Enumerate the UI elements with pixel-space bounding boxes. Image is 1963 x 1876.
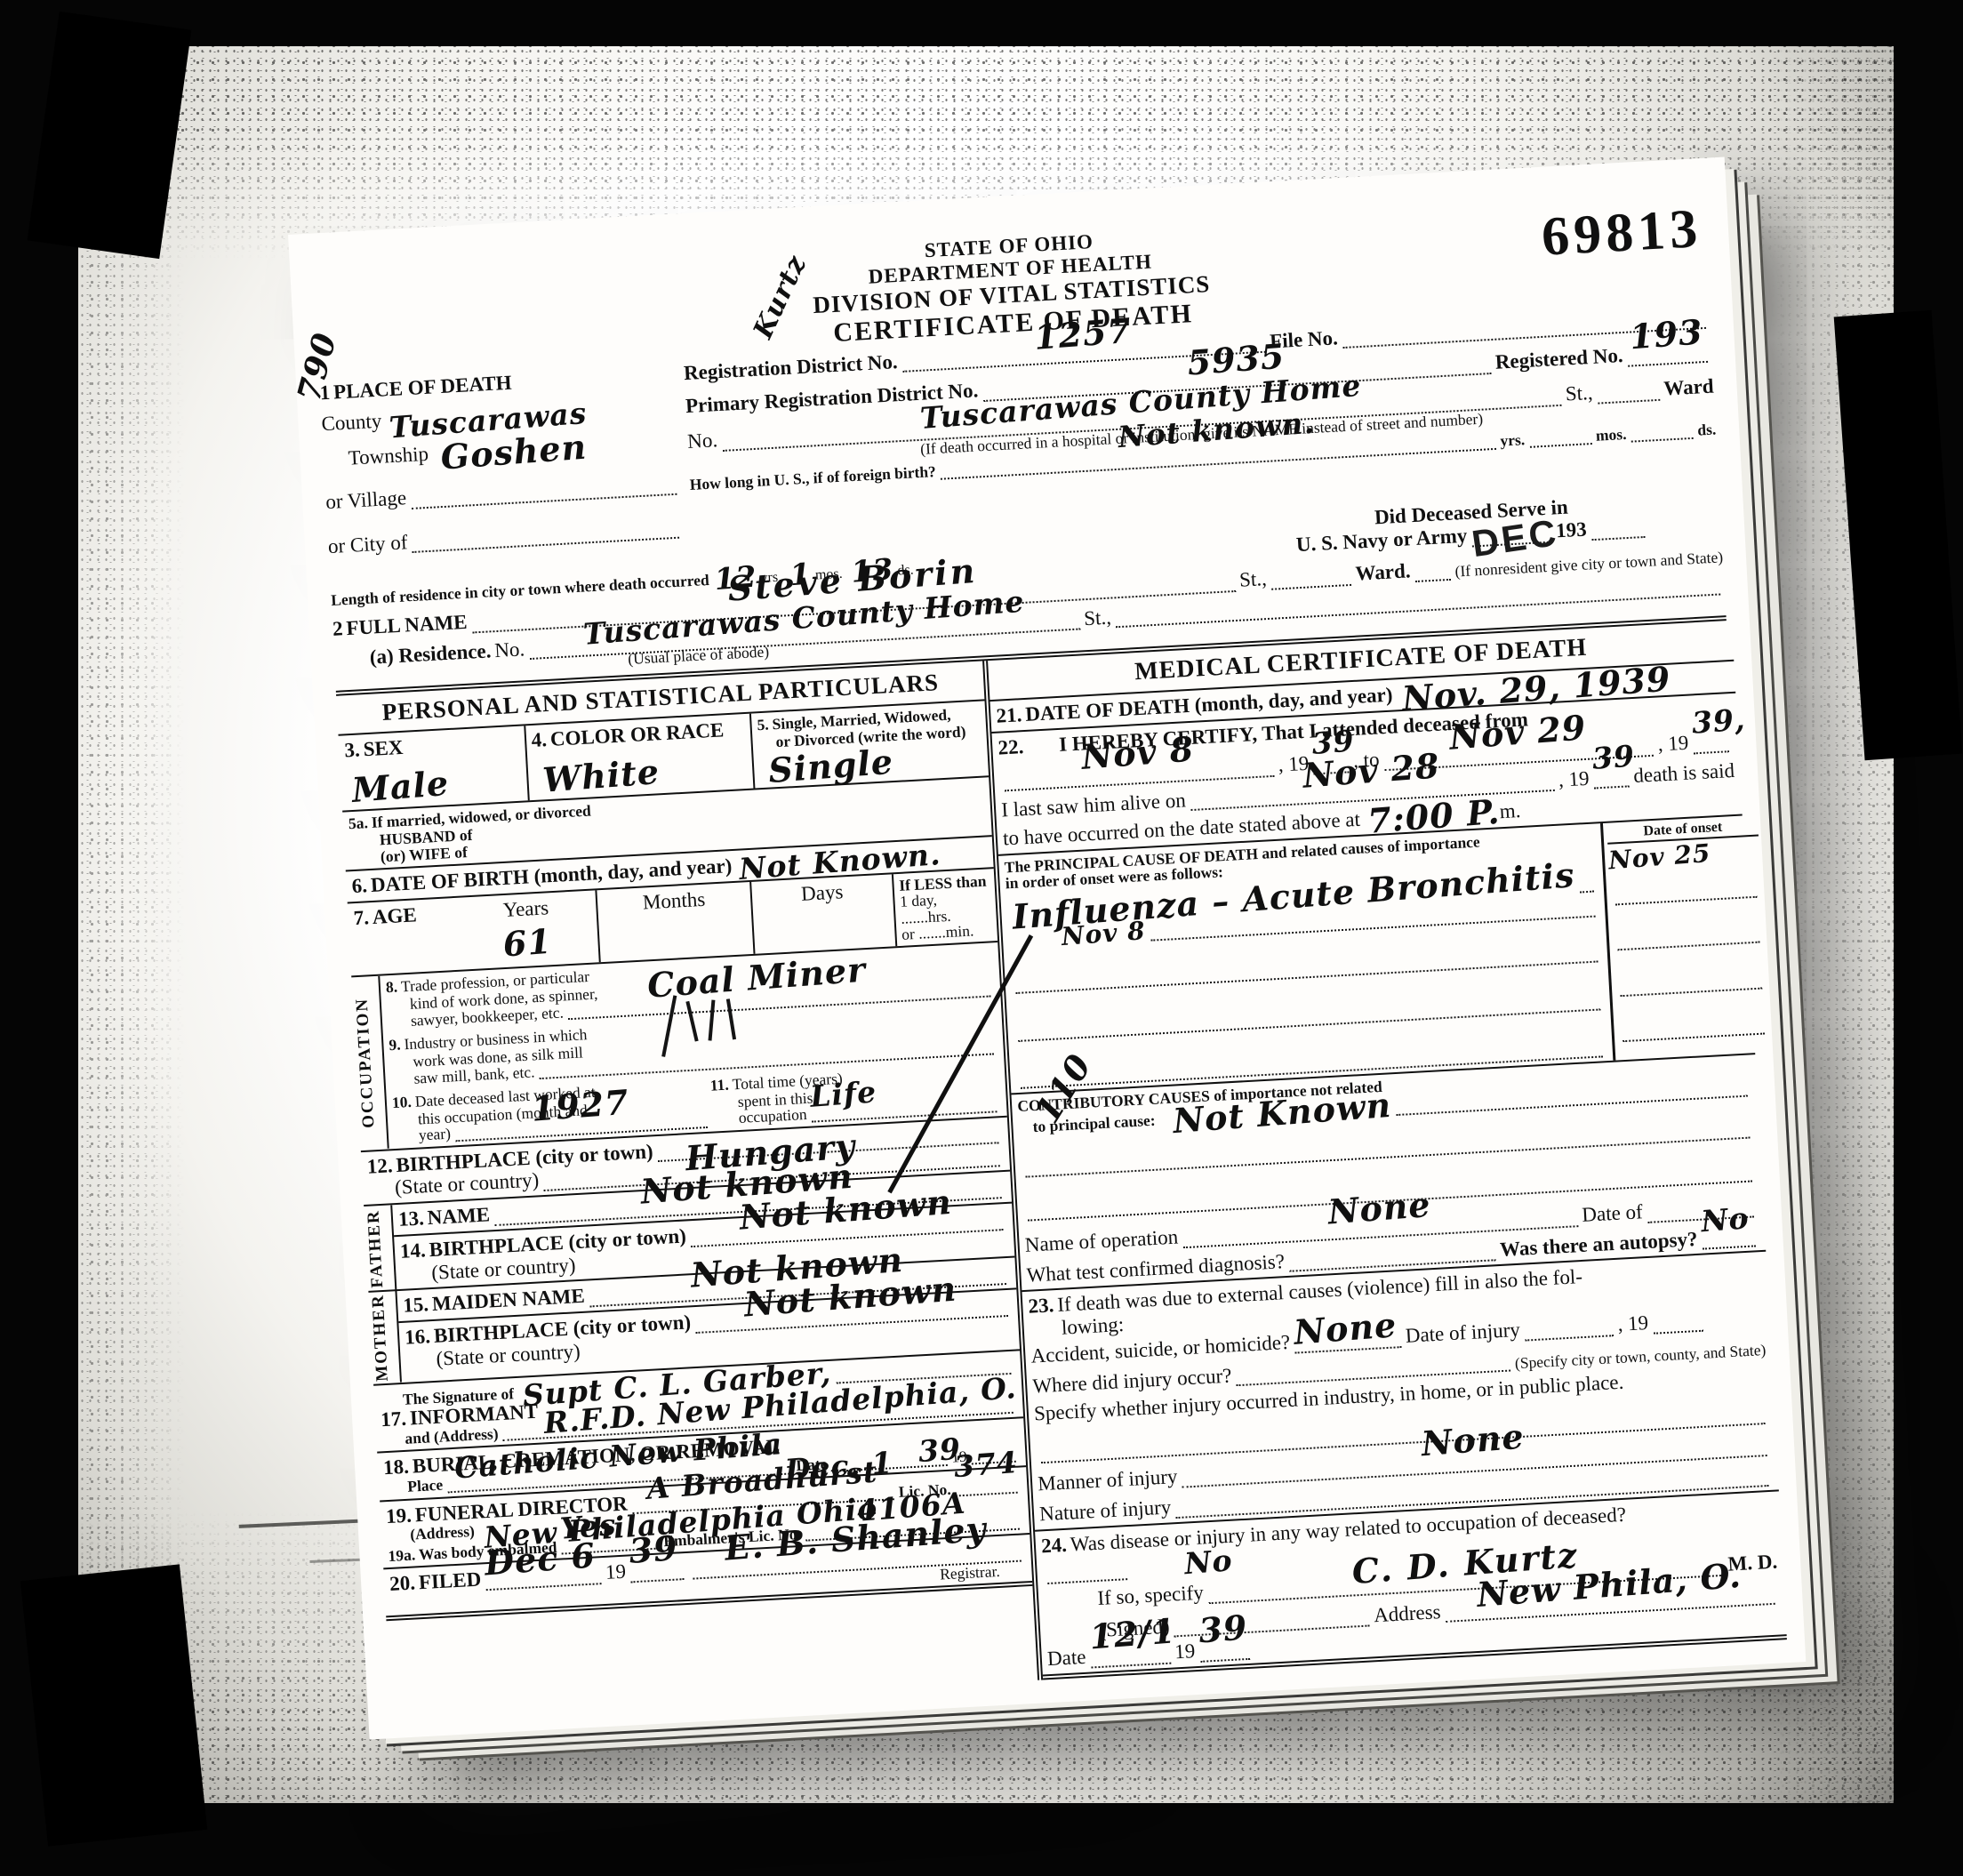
- navy-year-line: [1590, 523, 1645, 541]
- ifso-label: If so, specify: [1044, 1582, 1205, 1613]
- sex-label: SEX: [363, 735, 404, 759]
- township-value: Goshen: [440, 434, 588, 472]
- age-days-label: Days: [751, 874, 897, 954]
- navy-line: DEC: [1471, 527, 1552, 547]
- injury-date-line: [1524, 1321, 1614, 1342]
- accident-line: None: [1294, 1333, 1402, 1354]
- external-no: 23.: [1028, 1295, 1054, 1319]
- injury-year-line: [1653, 1316, 1703, 1334]
- dob-no: 6.: [351, 874, 368, 898]
- yrs-line: [1529, 429, 1592, 447]
- foreign-birth-label: How long in U. S., if of foreign birth?: [689, 463, 936, 493]
- race-no: 4.: [531, 728, 548, 751]
- certify-yb: 39,: [1691, 710, 1728, 735]
- lastwork-label-3: year): [394, 1126, 452, 1145]
- industry-no: 9.: [389, 1036, 401, 1054]
- age-months-label: Months: [597, 882, 755, 963]
- burial-no: 18.: [382, 1455, 409, 1479]
- maiden-no: 15.: [403, 1294, 429, 1318]
- funeral-lic-value: 374: [953, 1451, 1017, 1479]
- where-label: Where did injury occur?: [1032, 1364, 1232, 1398]
- institution-st-label: St.,: [1565, 381, 1593, 405]
- frame-blob: [28, 12, 192, 259]
- ditto-scribble-marks: [666, 997, 774, 1038]
- onset-line-1: [1614, 883, 1758, 906]
- filed-label: FILED: [418, 1568, 482, 1595]
- village-label: or Village: [325, 486, 407, 514]
- residence-no-label: No.: [494, 637, 525, 662]
- onset-line-3: [1620, 974, 1763, 997]
- onset-line-4: [1622, 1019, 1766, 1042]
- contrib-line-2: [1025, 1123, 1751, 1177]
- certificate-paper: Kurtz 790 69813 STATE OF OHIO DEPARTMENT…: [288, 157, 1806, 1740]
- age-less-3: or .......min.: [901, 921, 992, 942]
- name-ward-label: Ward.: [1355, 559, 1411, 585]
- age-years-label: Years: [502, 896, 549, 921]
- age-years-value: 61: [462, 925, 593, 961]
- full-name-label: FULL NAME: [346, 611, 468, 640]
- md-date-line: 12/1: [1090, 1649, 1171, 1669]
- operation-value: None: [1181, 1181, 1577, 1238]
- manner-label: Manner of injury: [1038, 1465, 1178, 1495]
- md-year-line: 39: [1199, 1645, 1250, 1663]
- md-date-value: 12/1: [1088, 1618, 1170, 1651]
- mos-label: mos.: [1595, 426, 1626, 444]
- registered-no-line: 193: [1627, 348, 1708, 367]
- sex-value: Male: [351, 765, 522, 805]
- name-st-label: St.,: [1238, 567, 1267, 591]
- registered-no-value: 193: [1625, 318, 1707, 351]
- cause-line-4: [1018, 995, 1601, 1042]
- informant-no: 17.: [381, 1407, 407, 1431]
- age-label: AGE: [372, 903, 417, 928]
- onset-line-2: [1617, 928, 1760, 951]
- mother-bp-no: 16.: [405, 1325, 431, 1349]
- md-date-19: 19: [1174, 1640, 1196, 1664]
- autopsy-value: No: [1700, 1207, 1755, 1234]
- marital-no: 5.: [757, 715, 769, 734]
- operation-label: Name of operation: [1024, 1225, 1179, 1256]
- full-name-no: 2: [332, 617, 343, 640]
- funeral-addr-label: (Address): [387, 1523, 475, 1544]
- birthplace-no: 12.: [366, 1154, 393, 1178]
- md-year-value: 39: [1198, 1614, 1249, 1645]
- navy-year: 193: [1555, 518, 1587, 543]
- residence-st-label: St.,: [1084, 605, 1112, 629]
- cause-line-1: [1580, 877, 1595, 893]
- totaltime-no: 11.: [709, 1075, 729, 1094]
- lastsaw-19: , 19: [1558, 766, 1590, 791]
- address-label: Address: [1373, 1600, 1441, 1627]
- filed-year-value: 39: [629, 1534, 684, 1565]
- md-date-label: Date: [1046, 1646, 1086, 1671]
- filed-year-line: 39: [630, 1565, 685, 1583]
- city-label: or City of: [327, 531, 408, 558]
- frame-blob: [1834, 310, 1963, 760]
- village-line: [411, 479, 677, 509]
- certify-19b: , 19: [1657, 731, 1689, 756]
- name-st-line: [1270, 570, 1351, 589]
- registration-district-label: Registration District No.: [683, 350, 898, 385]
- race-value: White: [541, 752, 748, 795]
- age-no: 7.: [353, 906, 370, 929]
- scan-noise-left: [78, 46, 185, 1803]
- marital-value: Single: [767, 742, 983, 784]
- filed-value: Dec 6: [484, 1542, 601, 1577]
- contrib-label-2: to principal cause:: [1018, 1112, 1156, 1136]
- operation-date-label: Date of: [1582, 1200, 1644, 1226]
- race-label: COLOR OR RACE: [549, 718, 725, 750]
- father-name-label: NAME: [427, 1203, 491, 1230]
- age-less-2: 1 day, .......hrs.: [900, 889, 991, 926]
- filed-no: 20.: [389, 1572, 416, 1596]
- filed-19: 19: [605, 1560, 626, 1584]
- married-no: 5a.: [348, 814, 368, 833]
- occq-no: 24.: [1040, 1534, 1067, 1558]
- dod-no: 21.: [996, 703, 1022, 727]
- file-number-stamp: 69813: [1540, 197, 1703, 269]
- father-bp-no: 14.: [399, 1239, 426, 1263]
- occq-line: [1047, 1565, 1128, 1584]
- cause-value-2: Nov 8: [1061, 921, 1146, 947]
- place-of-death-title: PLACE OF DEATH: [333, 371, 512, 404]
- frame-blob: [20, 1564, 207, 1846]
- nature-label: Nature of injury: [1039, 1495, 1172, 1526]
- accident-value: None: [1293, 1311, 1401, 1346]
- township-label: Township: [348, 443, 429, 470]
- lastsaw-year: 39: [1591, 745, 1629, 771]
- cause-line-3: [1015, 948, 1598, 995]
- mos-line: [1630, 423, 1694, 442]
- time-m-label: m.: [1499, 799, 1521, 823]
- funeral-no: 19.: [385, 1503, 412, 1527]
- injury-19: , 19: [1617, 1311, 1649, 1336]
- name-ward-line: [1414, 565, 1451, 581]
- death-said-label: death is said: [1633, 758, 1735, 787]
- autopsy-line: No: [1702, 1232, 1756, 1250]
- sex-no: 3.: [344, 738, 361, 761]
- maiden-label: MAIDEN NAME: [431, 1285, 585, 1316]
- institution-ward-label: Ward: [1663, 375, 1715, 401]
- date-of-onset-column: Date of onset Nov 25: [1600, 814, 1774, 1060]
- contrib-value: Not Known: [1173, 1092, 1393, 1135]
- trade-no: 8.: [385, 978, 397, 997]
- foreign-birth-line: Not known.: [940, 434, 1496, 479]
- institution-no-label: No.: [687, 429, 718, 453]
- onset-value: Nov 25: [1608, 839, 1760, 870]
- totaltime-value: Life: [810, 1072, 997, 1110]
- scan-background: Kurtz 790 69813 STATE OF OHIO DEPARTMENT…: [78, 46, 1894, 1803]
- father-name-no: 13.: [397, 1207, 424, 1231]
- certify-yb-line: 39,: [1693, 737, 1729, 754]
- burial-place-label: Place: [384, 1477, 444, 1496]
- lastwork-no: 10.: [391, 1093, 412, 1111]
- yrs-label: yrs.: [1500, 431, 1526, 449]
- autopsy-label: Was there an autopsy?: [1499, 1228, 1698, 1262]
- ds-label: ds.: [1697, 421, 1717, 438]
- lastsaw-label: I last saw him alive on: [1001, 789, 1187, 822]
- scanned-document: Kurtz 790 69813 STATE OF OHIO DEPARTMENT…: [0, 0, 1963, 1876]
- county-label: County: [321, 410, 382, 436]
- injury-date-label: Date of injury: [1405, 1319, 1520, 1348]
- lastsaw-year-line: 39: [1593, 772, 1630, 789]
- embalmed-no: 19a.: [388, 1546, 416, 1564]
- father-side-label: FATHER: [364, 1205, 397, 1291]
